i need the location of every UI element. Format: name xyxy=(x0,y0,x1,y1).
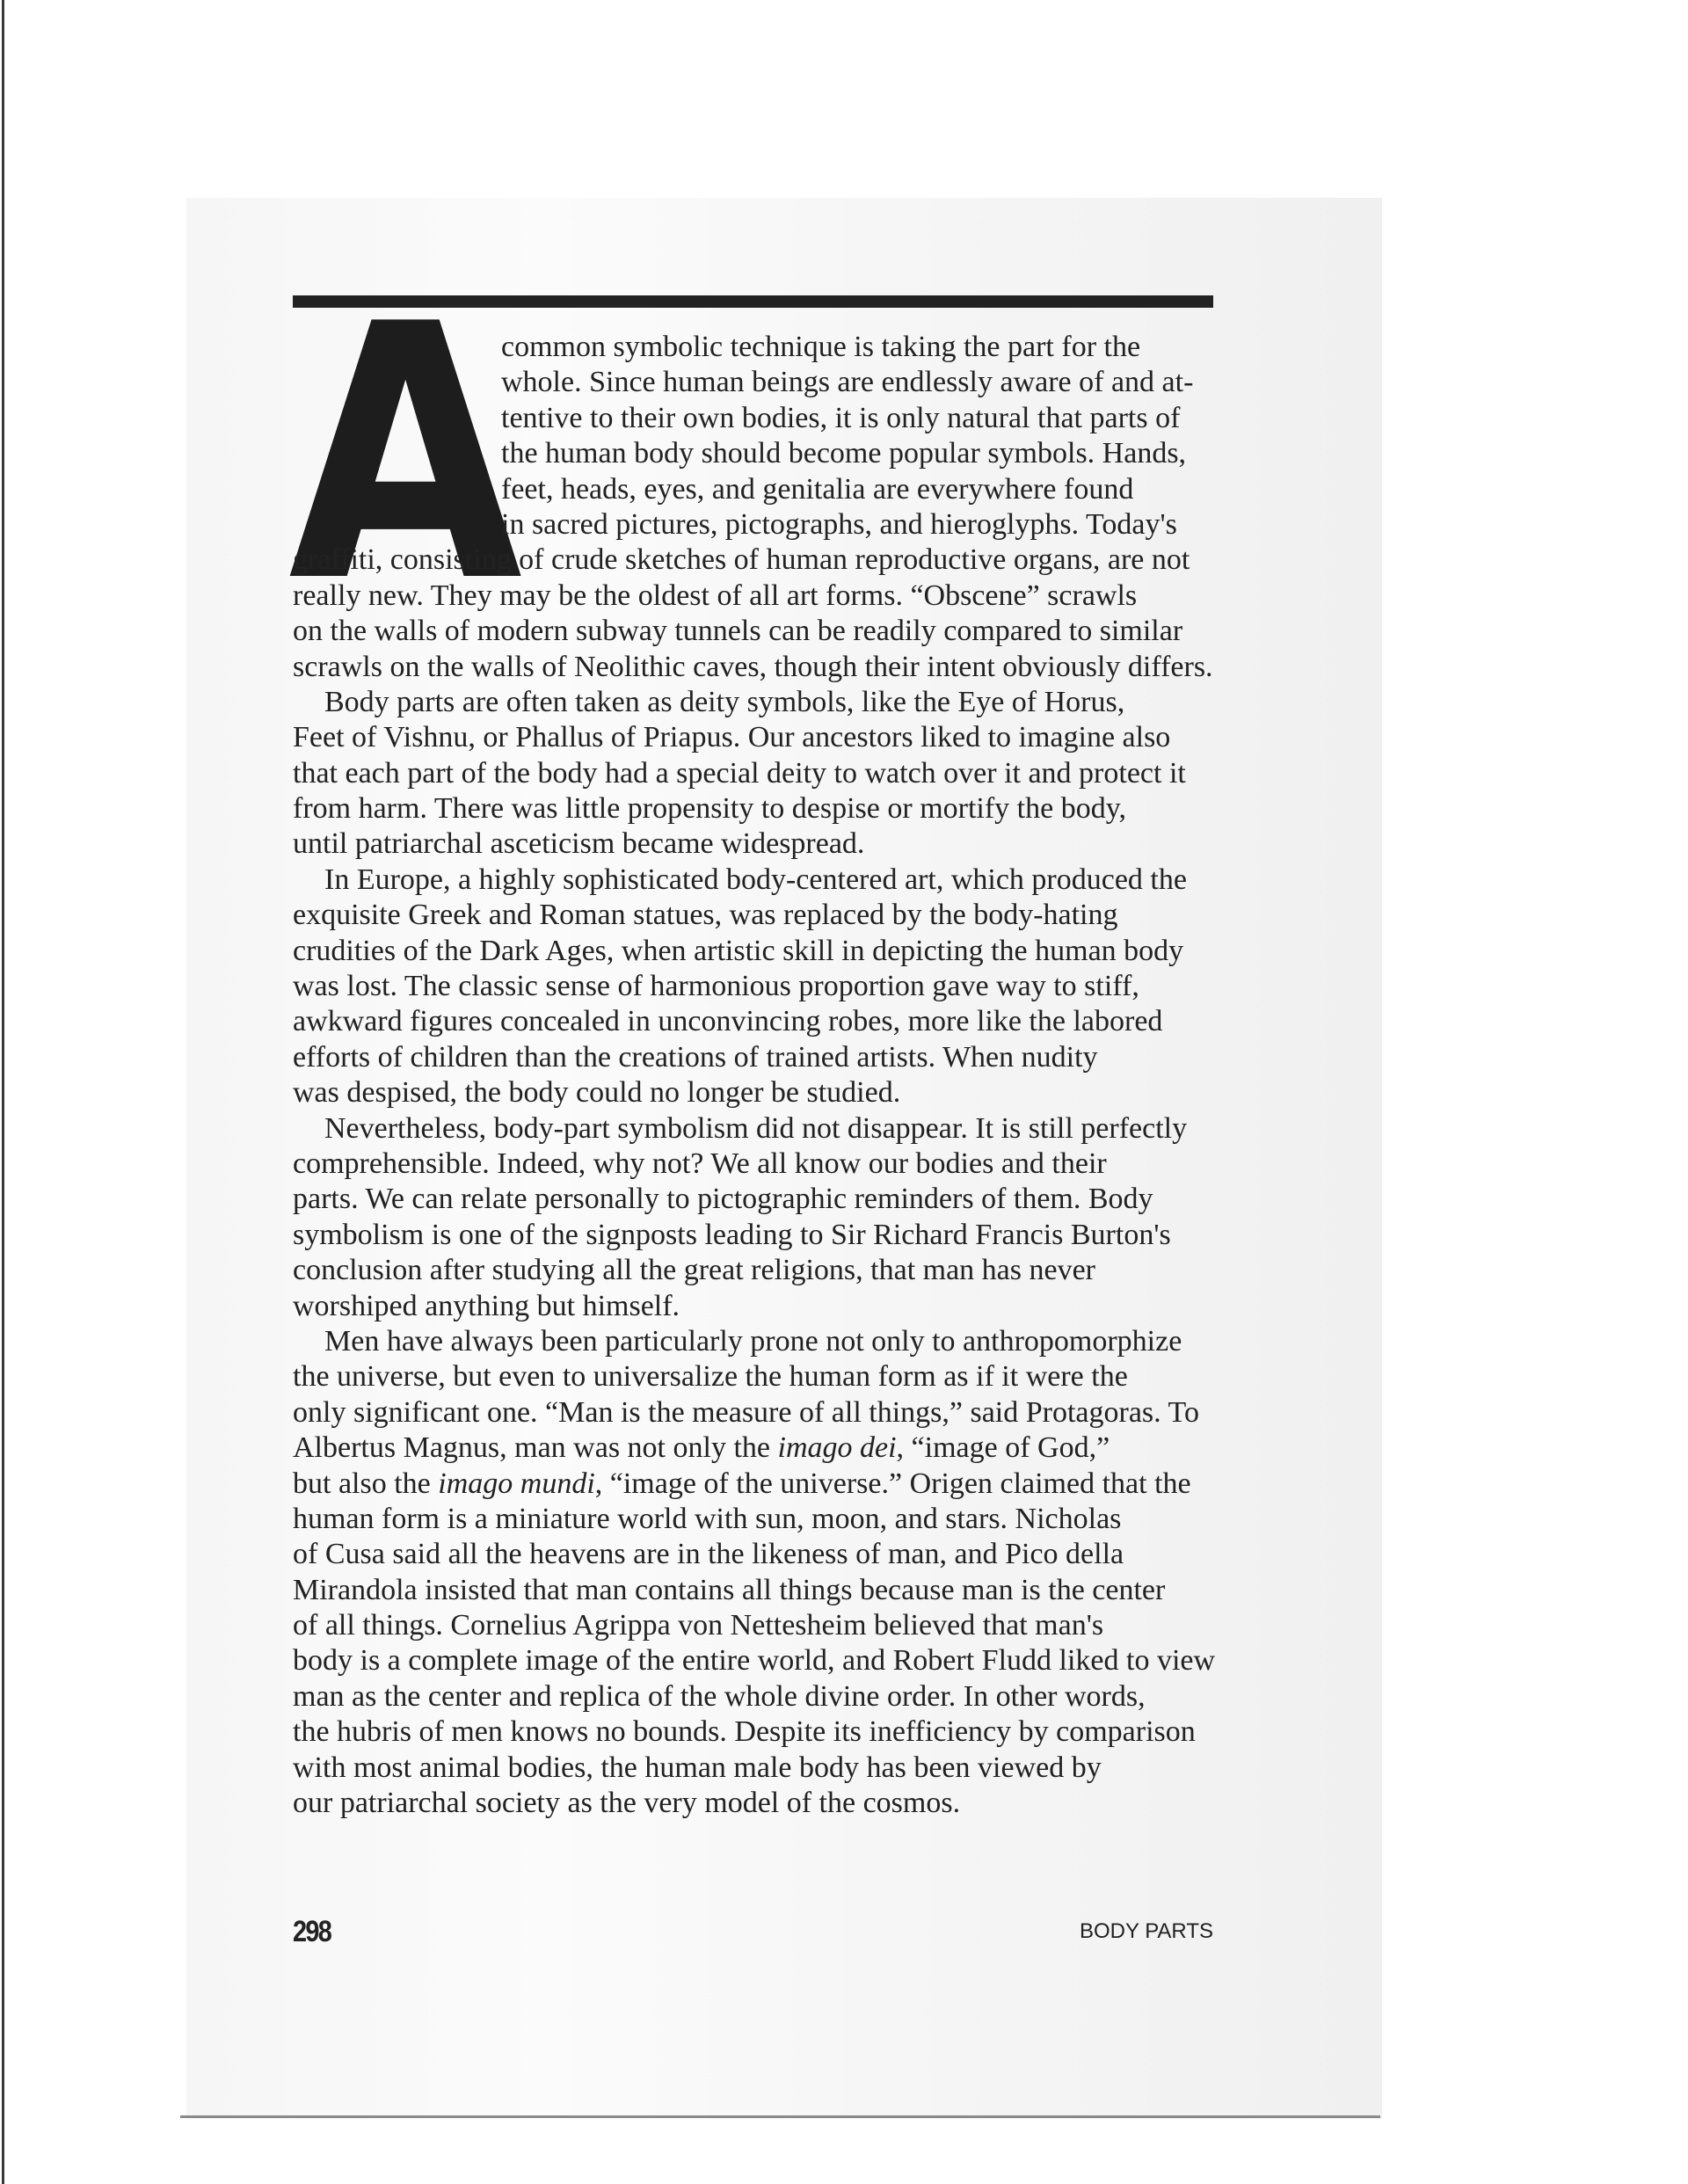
paragraph-first-line: Nevertheless, body-part symbolism did no… xyxy=(293,1111,1225,1147)
text-line: with most animal bodies, the human male … xyxy=(293,1751,1225,1786)
text-line: but also the imago mundi, “image of the … xyxy=(293,1467,1225,1502)
text-line: really new. They may be the oldest of al… xyxy=(293,579,1225,614)
text-line: conclusion after studying all the great … xyxy=(293,1253,1225,1288)
text-line: tentive to their own bodies, it is only … xyxy=(293,401,1225,436)
text-line: feet, heads, eyes, and genitalia are eve… xyxy=(293,472,1225,507)
text-line: symbolism is one of the signposts leadin… xyxy=(293,1218,1225,1253)
paragraph-first-line: In Europe, a highly sophisticated body-c… xyxy=(293,863,1225,898)
text-line: Feet of Vishnu, or Phallus of Priapus. O… xyxy=(293,720,1225,755)
text-line: exquisite Greek and Roman statues, was r… xyxy=(293,898,1225,933)
scan-left-edge xyxy=(2,0,4,2184)
text-line: crudities of the Dark Ages, when artisti… xyxy=(293,934,1225,969)
paragraph-first-line: Body parts are often taken as deity symb… xyxy=(293,685,1225,720)
text-line: the hubris of men knows no bounds. Despi… xyxy=(293,1714,1225,1750)
text-line: efforts of children than the creations o… xyxy=(293,1040,1225,1075)
text-line: human form is a miniature world with sun… xyxy=(293,1502,1225,1537)
text-segment: , “image of the universe.” Origen claime… xyxy=(595,1467,1191,1500)
text-segment: but also the xyxy=(293,1467,438,1500)
text-segment: Albertus Magnus, man was not only the xyxy=(293,1431,778,1464)
text-line: only significant one. “Man is the measur… xyxy=(293,1395,1225,1431)
running-title: BODY PARTS xyxy=(1080,1919,1213,1944)
text-line: graffiti, consisting of crude sketches o… xyxy=(293,542,1225,578)
text-line: on the walls of modern subway tunnels ca… xyxy=(293,614,1225,649)
text-line: awkward figures concealed in unconvincin… xyxy=(293,1004,1225,1039)
text-line: the human body should become popular sym… xyxy=(293,436,1225,471)
text-line: man as the center and replica of the who… xyxy=(293,1679,1225,1714)
text-line: our patriarchal society as the very mode… xyxy=(293,1786,1225,1821)
text-line: the universe, but even to universalize t… xyxy=(293,1359,1225,1394)
text-line: that each part of the body had a special… xyxy=(293,756,1225,791)
text-line: whole. Since human beings are endlessly … xyxy=(293,365,1225,400)
text-line: of Cusa said all the heavens are in the … xyxy=(293,1537,1225,1572)
text-line: common symbolic technique is taking the … xyxy=(293,330,1225,365)
text-line: was lost. The classic sense of harmoniou… xyxy=(293,969,1225,1004)
latin-term: imago mundi xyxy=(438,1467,595,1500)
text-line: body is a complete image of the entire w… xyxy=(293,1643,1225,1678)
text-line: scrawls on the walls of Neolithic caves,… xyxy=(293,650,1225,685)
text-line: from harm. There was little propensity t… xyxy=(293,791,1225,826)
text-line: worshiped anything but himself. xyxy=(293,1289,1225,1324)
text-line: parts. We can relate personally to picto… xyxy=(293,1182,1225,1217)
text-line: Albertus Magnus, man was not only the im… xyxy=(293,1431,1225,1466)
latin-term: imago dei xyxy=(778,1431,897,1464)
scan-bottom-edge xyxy=(180,2115,1380,2118)
paragraph-first-line: Men have always been particularly prone … xyxy=(293,1324,1225,1359)
text-line: until patriarchal asceticism became wide… xyxy=(293,826,1225,862)
page-number: 298 xyxy=(293,1915,331,1949)
body-text: common symbolic technique is taking the … xyxy=(293,330,1225,1821)
text-line: in sacred pictures, pictographs, and hie… xyxy=(293,507,1225,542)
text-line: was despised, the body could no longer b… xyxy=(293,1075,1225,1110)
text-line: comprehensible. Indeed, why not? We all … xyxy=(293,1147,1225,1182)
text-line: Mirandola insisted that man contains all… xyxy=(293,1573,1225,1608)
text-segment: , “image of God,” xyxy=(897,1431,1110,1464)
text-line: of all things. Cornelius Agrippa von Net… xyxy=(293,1608,1225,1643)
